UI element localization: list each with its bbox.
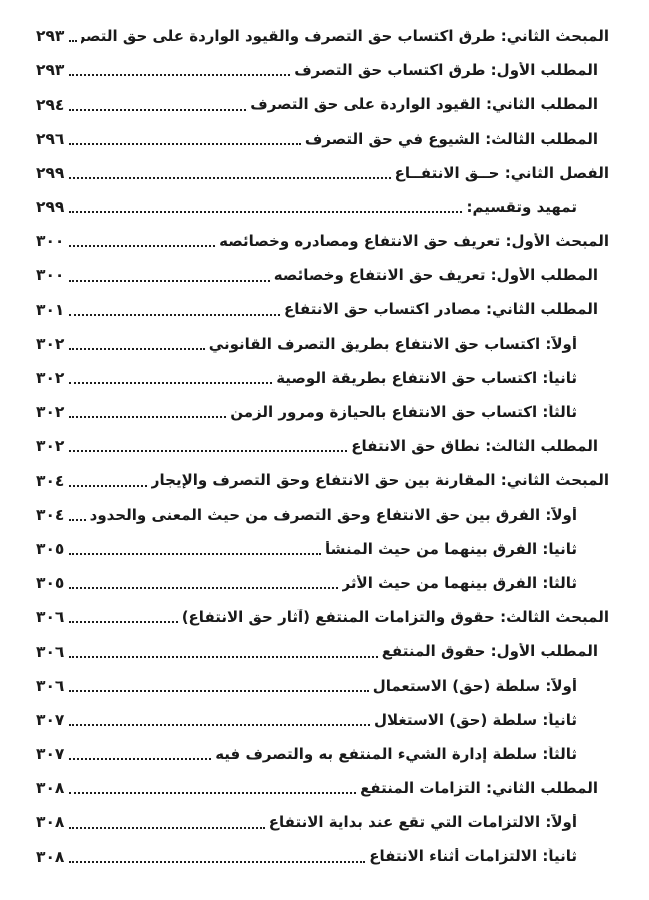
toc-entry: المبحث الثاني: طرق اكتساب حق التصرف والق…: [36, 16, 609, 50]
toc-entry: المطلب الأول: حقوق المنتفع ٣٠٦: [36, 631, 609, 665]
toc-entry: المبحث الثالث: حقوق والتزامات المنتفع (آ…: [36, 597, 609, 631]
toc-entry-title: ثالثاً: اكتساب حق الانتفاع بالحيازة ومرو…: [230, 404, 577, 421]
toc-entry: المبحث الأول: تعريف حق الانتفاع ومصادره …: [36, 221, 609, 255]
toc-entry-title: المطلب الثالث: نطاق حق الانتفاع: [351, 438, 598, 455]
toc-entry: ثانياً: سلطة (حق) الاستغلال ٣٠٧: [36, 700, 609, 734]
toc-entry: الفصل الثاني: حــق الانتفــاع ٢٩٩: [36, 153, 609, 187]
dot-leader: [69, 177, 390, 179]
toc-entry: أولاً: الالتزامات التي تقع عند بداية الا…: [36, 802, 609, 836]
toc-entry-title: المطلب الثالث: الشيوع في حق التصرف: [305, 131, 598, 148]
toc-page-number: ٢٩٩: [36, 199, 64, 216]
toc-page-number: ٣٠٠: [36, 233, 64, 250]
toc-entry-title: المبحث الثاني: طرق اكتساب حق التصرف والق…: [81, 28, 609, 45]
toc-entry-title: أولاً: اكتساب حق الانتفاع بطريق التصرف ا…: [209, 336, 577, 353]
toc-page-number: ٣٠٢: [36, 404, 64, 421]
document-page: المبحث الثاني: طرق اكتساب حق التصرف والق…: [0, 0, 649, 900]
toc-entry-title: الفصل الثاني: حــق الانتفــاع: [395, 165, 609, 182]
dot-leader: [69, 109, 246, 111]
toc-entry: تمهيد وتقسيم: ٢٩٩: [36, 187, 609, 221]
toc-entry-title: المطلب الأول: تعريف حق الانتفاع وخصائصه: [274, 267, 598, 284]
dot-leader: [69, 416, 226, 418]
toc-entry-title: أولاً: الالتزامات التي تقع عند بداية الا…: [269, 814, 577, 831]
dot-leader: [69, 621, 177, 623]
dot-leader: [69, 143, 300, 145]
toc-entry-title: ثانياً: سلطة (حق) الاستغلال: [374, 712, 577, 729]
toc-entry: المطلب الأول: طرق اكتساب حق التصرف ٢٩٣: [36, 50, 609, 84]
toc-page-number: ٣٠٧: [36, 712, 64, 729]
toc-page-number: ٣٠٢: [36, 438, 64, 455]
toc-entry-title: المبحث الثالث: حقوق والتزامات المنتفع (آ…: [182, 609, 609, 626]
toc-entry: المبحث الثاني: المقارنة بين حق الانتفاع …: [36, 460, 609, 494]
toc-page-number: ٣٠١: [36, 302, 64, 319]
toc-entry: أولاً: الفرق بين حق الانتفاع وحق التصرف …: [36, 495, 609, 529]
toc-entry-title: ثانيا: الفرق بينهما من حيث المنشأ: [325, 541, 577, 558]
toc-entry-title: ثالثاً: سلطة إدارة الشيء المنتفع به والت…: [215, 746, 577, 763]
toc-page-number: ٣٠٢: [36, 370, 64, 387]
toc-entry-title: المطلب الثاني: التزامات المنتفع: [360, 780, 598, 797]
dot-leader: [69, 314, 280, 316]
dot-leader: [69, 519, 85, 521]
toc-entry: ثانيا: الفرق بينهما من حيث المنشأ ٣٠٥: [36, 529, 609, 563]
dot-leader: [69, 827, 264, 829]
dot-leader: [69, 348, 204, 350]
toc-list: المبحث الثاني: طرق اكتساب حق التصرف والق…: [36, 16, 609, 871]
toc-page-number: ٣٠٠: [36, 267, 64, 284]
toc-entry-title: المطلب الثاني: القيود الواردة على حق الت…: [250, 96, 598, 113]
toc-page-number: ٣٠٥: [36, 575, 64, 592]
dot-leader: [69, 758, 211, 760]
toc-entry-title: المبحث الأول: تعريف حق الانتفاع ومصادره …: [219, 233, 609, 250]
toc-entry-title: ثانياً: الالتزامات أثناء الانتفاع: [369, 848, 577, 865]
dot-leader: [69, 861, 365, 863]
toc-page-number: ٣٠٤: [36, 507, 64, 524]
toc-entry: المطلب الثاني: القيود الواردة على حق الت…: [36, 84, 609, 118]
toc-entry: ثالثا: الفرق بينهما من حيث الأثر ٣٠٥: [36, 563, 609, 597]
dot-leader: [69, 690, 368, 692]
toc-page-number: ٣٠٦: [36, 609, 64, 626]
dot-leader: [69, 724, 370, 726]
toc-page-number: ٢٩٩: [36, 165, 64, 182]
toc-page-number: ٣٠٢: [36, 336, 64, 353]
toc-page-number: ٣٠٦: [36, 644, 64, 661]
toc-page-number: ٢٩٣: [36, 62, 64, 79]
toc-entry-title: المطلب الأول: طرق اكتساب حق التصرف: [294, 62, 598, 79]
dot-leader: [69, 553, 321, 555]
dot-leader: [69, 382, 272, 384]
toc-page-number: ٣٠٥: [36, 541, 64, 558]
toc-entry-title: المطلب الثاني: مصادر اكتساب حق الانتفاع: [284, 301, 598, 318]
toc-entry-title: تمهيد وتقسيم:: [466, 199, 577, 216]
toc-entry: ثالثاً: سلطة إدارة الشيء المنتفع به والت…: [36, 734, 609, 768]
toc-entry-title: ثانياً: اكتساب حق الانتفاع بطريقة الوصية: [276, 370, 577, 387]
dot-leader: [69, 587, 337, 589]
toc-page-number: ٢٩٤: [36, 97, 64, 114]
dot-leader: [69, 211, 462, 213]
toc-entry: ثانياً: الالتزامات أثناء الانتفاع ٣٠٨: [36, 837, 609, 871]
toc-entry-title: المطلب الأول: حقوق المنتفع: [382, 643, 598, 660]
dot-leader: [69, 450, 347, 452]
dot-leader: [69, 485, 146, 487]
toc-entry-title: أولاً: سلطة (حق) الاستعمال: [373, 678, 577, 695]
toc-entry: المطلب الأول: تعريف حق الانتفاع وخصائصه …: [36, 255, 609, 289]
toc-entry: المطلب الثالث: نطاق حق الانتفاع ٣٠٢: [36, 426, 609, 460]
toc-page-number: ٣٠٨: [36, 814, 64, 831]
toc-entry: أولاً: سلطة (حق) الاستعمال ٣٠٦: [36, 666, 609, 700]
toc-entry-title: ثالثا: الفرق بينهما من حيث الأثر: [342, 575, 577, 592]
toc-entry-title: المبحث الثاني: المقارنة بين حق الانتفاع …: [151, 472, 609, 489]
toc-entry-title: أولاً: الفرق بين حق الانتفاع وحق التصرف …: [90, 507, 577, 524]
dot-leader: [69, 280, 269, 282]
toc-entry: ثانياً: اكتساب حق الانتفاع بطريقة الوصية…: [36, 358, 609, 392]
toc-page-number: ٢٩٦: [36, 131, 64, 148]
dot-leader: [69, 74, 290, 76]
toc-page-number: ٣٠٦: [36, 678, 64, 695]
toc-entry: ثالثاً: اكتساب حق الانتفاع بالحيازة ومرو…: [36, 392, 609, 426]
dot-leader: [69, 245, 215, 247]
dot-leader: [69, 656, 377, 658]
toc-entry: أولاً: اكتساب حق الانتفاع بطريق التصرف ا…: [36, 324, 609, 358]
toc-entry: المطلب الثالث: الشيوع في حق التصرف ٢٩٦: [36, 119, 609, 153]
toc-entry: المطلب الثاني: التزامات المنتفع ٣٠٨: [36, 768, 609, 802]
toc-page-number: ٣٠٨: [36, 780, 64, 797]
toc-entry: المطلب الثاني: مصادر اكتساب حق الانتفاع …: [36, 290, 609, 324]
toc-page-number: ٣٠٤: [36, 473, 64, 490]
toc-page-number: ٣٠٧: [36, 746, 64, 763]
dot-leader: [69, 792, 356, 794]
dot-leader: [69, 40, 77, 42]
toc-page-number: ٣٠٨: [36, 849, 64, 866]
toc-page-number: ٢٩٣: [36, 28, 64, 45]
